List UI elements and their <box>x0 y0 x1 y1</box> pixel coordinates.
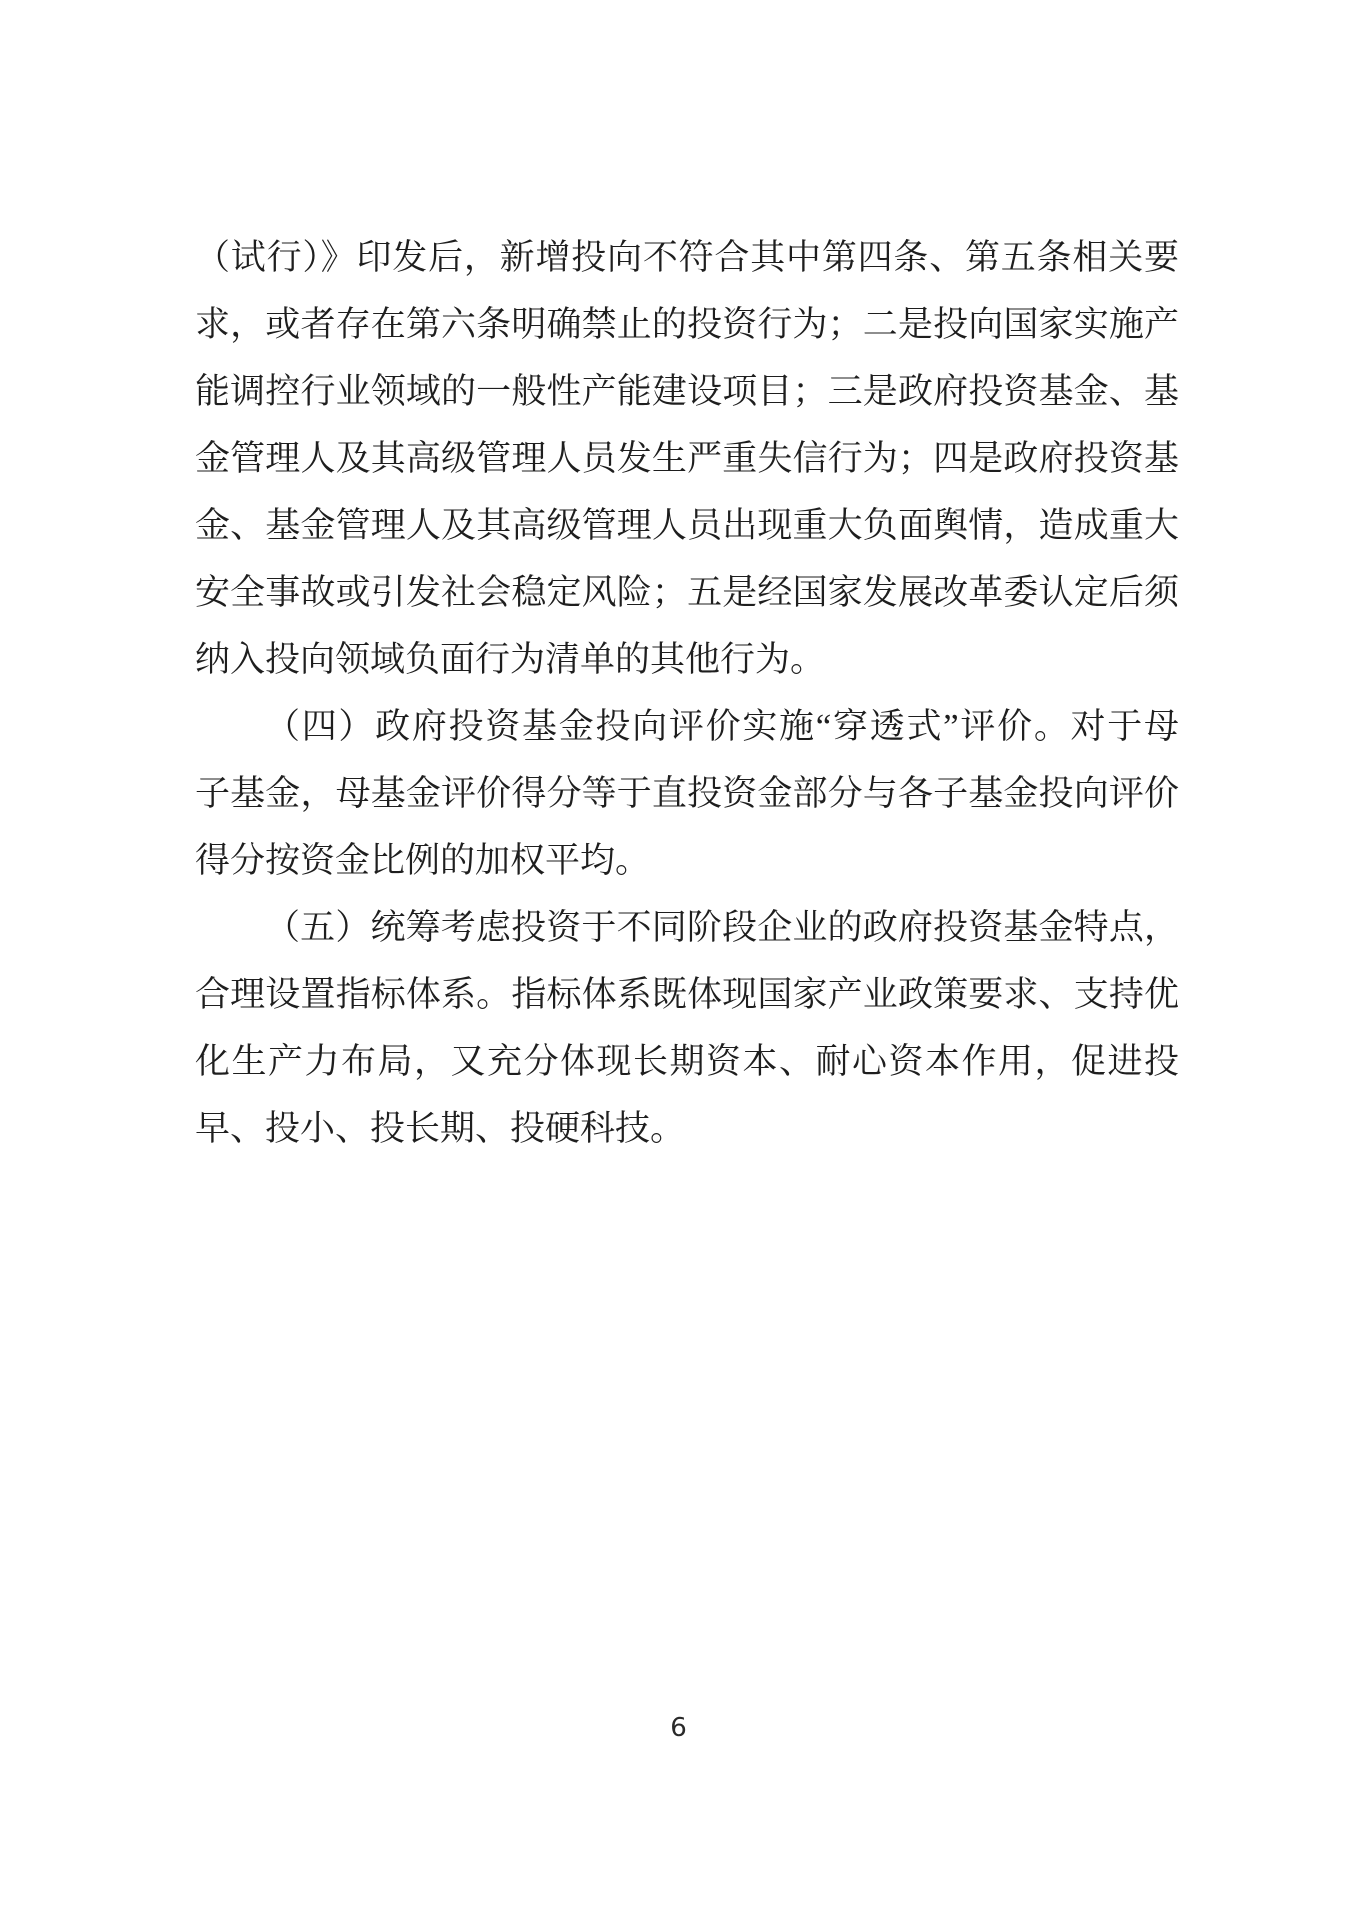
text-line-paragraph-five-start: （五）统筹考虑投资于不同阶段企业的政府投资基金特点， <box>195 894 1179 961</box>
text-line: 子基金，母基金评价得分等于直投资金部分与各子基金投向评价 <box>195 760 1179 827</box>
text-line-paragraph-four-start: （四）政府投资基金投向评价实施“穿透式”评价。对于母 <box>195 693 1179 760</box>
text-line: 得分按资金比例的加权平均。 <box>195 827 1179 894</box>
body-text: （试行）》印发后，新增投向不符合其中第四条、第五条相关要 求，或者存在第六条明确… <box>195 224 1179 1162</box>
document-page: （试行）》印发后，新增投向不符合其中第四条、第五条相关要 求，或者存在第六条明确… <box>0 0 1357 1920</box>
text-line: 纳入投向领域负面行为清单的其他行为。 <box>195 626 1179 693</box>
text-line: 金管理人及其高级管理人员发生严重失信行为；四是政府投资基 <box>195 425 1179 492</box>
page-number: 6 <box>0 1712 1357 1744</box>
text-line: 能调控行业领域的一般性产能建设项目；三是政府投资基金、基 <box>195 358 1179 425</box>
text-line: 化生产力布局，又充分体现长期资本、耐心资本作用，促进投 <box>195 1028 1179 1095</box>
text-line: 合理设置指标体系。指标体系既体现国家产业政策要求、支持优 <box>195 961 1179 1028</box>
text-line: 求，或者存在第六条明确禁止的投资行为；二是投向国家实施产 <box>195 291 1179 358</box>
text-line: 安全事故或引发社会稳定风险；五是经国家发展改革委认定后须 <box>195 559 1179 626</box>
text-line: 金、基金管理人及其高级管理人员出现重大负面舆情，造成重大 <box>195 492 1179 559</box>
text-line: （试行）》印发后，新增投向不符合其中第四条、第五条相关要 <box>195 224 1179 291</box>
text-line: 早、投小、投长期、投硬科技。 <box>195 1095 1179 1162</box>
